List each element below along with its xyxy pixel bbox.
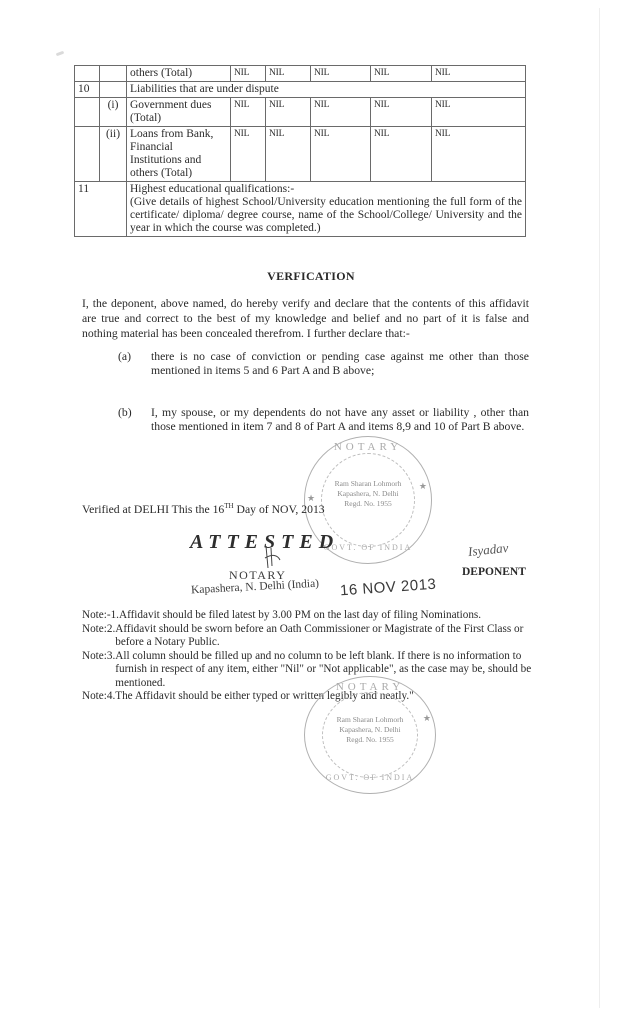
- cell-value: NIL: [371, 66, 432, 82]
- cell-value: NIL: [432, 66, 526, 82]
- cell-value: NIL: [231, 127, 266, 182]
- item-label: (b): [118, 406, 132, 420]
- cell-no: [75, 66, 100, 82]
- deponent-signature: Isyadav: [467, 540, 509, 560]
- cell-sub: [100, 66, 127, 82]
- verified-sup: TH: [224, 502, 233, 510]
- cell-desc: Loans from Bank, Financial Institutions …: [127, 127, 231, 182]
- item-label: (a): [118, 350, 131, 364]
- note-text: Affidavit should be filed latest by 3.00…: [119, 609, 532, 623]
- cell-value: NIL: [266, 98, 311, 127]
- note-text: Affidavit should be sworn before an Oath…: [115, 623, 532, 650]
- note-label: Note:-1.: [82, 609, 119, 623]
- table-row: others (Total) NIL NIL NIL NIL NIL: [75, 66, 526, 82]
- cell-desc: Liabilities that are under dispute: [127, 82, 526, 98]
- cell-sub: [100, 82, 127, 98]
- cell-value: NIL: [266, 66, 311, 82]
- star-icon: ★: [419, 481, 427, 492]
- table-row: (i) Government dues (Total) NIL NIL NIL …: [75, 98, 526, 127]
- declaration-item-b: (b) I, my spouse, or my dependents do no…: [118, 406, 529, 434]
- cell-value: NIL: [432, 127, 526, 182]
- stamp-bottom-arc: GOVT. OF INDIA: [305, 773, 435, 782]
- item-text: I, my spouse, or my dependents do not ha…: [151, 406, 529, 434]
- stamp-line: Kapashera, N. Delhi: [305, 725, 435, 735]
- cell-no: 11: [75, 182, 127, 237]
- star-icon: ★: [423, 713, 431, 724]
- notary-place: Kapashera, N. Delhi (India): [191, 578, 319, 597]
- cell-sub: (ii): [100, 127, 127, 182]
- stamp-line: Kapashera, N. Delhi: [305, 489, 431, 499]
- note-label: Note:3.: [82, 650, 115, 691]
- page-edge: [599, 8, 600, 1008]
- cell-value: NIL: [311, 66, 371, 82]
- cell-value: NIL: [311, 98, 371, 127]
- cell-value: NIL: [432, 98, 526, 127]
- stamp-line: Ram Sharan Lohmorh: [305, 715, 435, 725]
- cell-desc: Highest educational qualifications:- (Gi…: [127, 182, 526, 237]
- stamp-top-arc: NOTARY: [305, 681, 435, 693]
- qualification-detail: (Give details of highest School/Universi…: [130, 196, 522, 235]
- note-label: Note:2.: [82, 623, 115, 650]
- cell-value: NIL: [371, 127, 432, 182]
- cell-desc: others (Total): [127, 66, 231, 82]
- cell-value: NIL: [371, 98, 432, 127]
- cell-no: [75, 127, 100, 182]
- stamp-line: Regd. No. 1955: [305, 735, 435, 745]
- note-item: Note:2. Affidavit should be sworn before…: [82, 623, 532, 650]
- stamp-line: Ram Sharan Lohmorh: [305, 479, 431, 489]
- note-item: Note:-1. Affidavit should be filed lates…: [82, 609, 532, 623]
- verified-line: Verified at DELHI This the 16TH Day of N…: [82, 502, 325, 516]
- stamp-top-arc: NOTARY: [305, 441, 431, 453]
- liabilities-table: others (Total) NIL NIL NIL NIL NIL 10 Li…: [74, 65, 526, 237]
- verification-title: VERFICATION: [0, 269, 622, 284]
- cell-value: NIL: [311, 127, 371, 182]
- table-row: 10 Liabilities that are under dispute: [75, 82, 526, 98]
- cell-no: [75, 98, 100, 127]
- declaration-item-a: (a) there is no case of conviction or pe…: [118, 350, 529, 378]
- cell-sub: (i): [100, 98, 127, 127]
- cell-value: NIL: [266, 127, 311, 182]
- qualification-heading: Highest educational qualifications:-: [130, 183, 522, 196]
- scan-mark: [56, 51, 65, 57]
- verified-prefix: Verified at DELHI This the 16: [82, 503, 224, 516]
- table-row: (ii) Loans from Bank, Financial Institut…: [75, 127, 526, 182]
- verified-suffix: Day of NOV, 2013: [234, 503, 325, 516]
- cell-desc: Government dues (Total): [127, 98, 231, 127]
- note-label: Note:4.: [82, 690, 115, 704]
- deponent-label: DEPONENT: [462, 566, 526, 578]
- cell-value: NIL: [231, 98, 266, 127]
- cell-value: NIL: [231, 66, 266, 82]
- table-row: 11 Highest educational qualifications:- …: [75, 182, 526, 237]
- notary-initials: [262, 544, 282, 570]
- item-text: there is no case of conviction or pendin…: [151, 350, 529, 378]
- date-stamp: 16 NOV 2013: [340, 576, 437, 600]
- cell-no: 10: [75, 82, 100, 98]
- notary-stamp: NOTARY Ram Sharan Lohmorh Kapashera, N. …: [304, 676, 436, 794]
- verification-paragraph: I, the deponent, above named, do hereby …: [82, 296, 529, 341]
